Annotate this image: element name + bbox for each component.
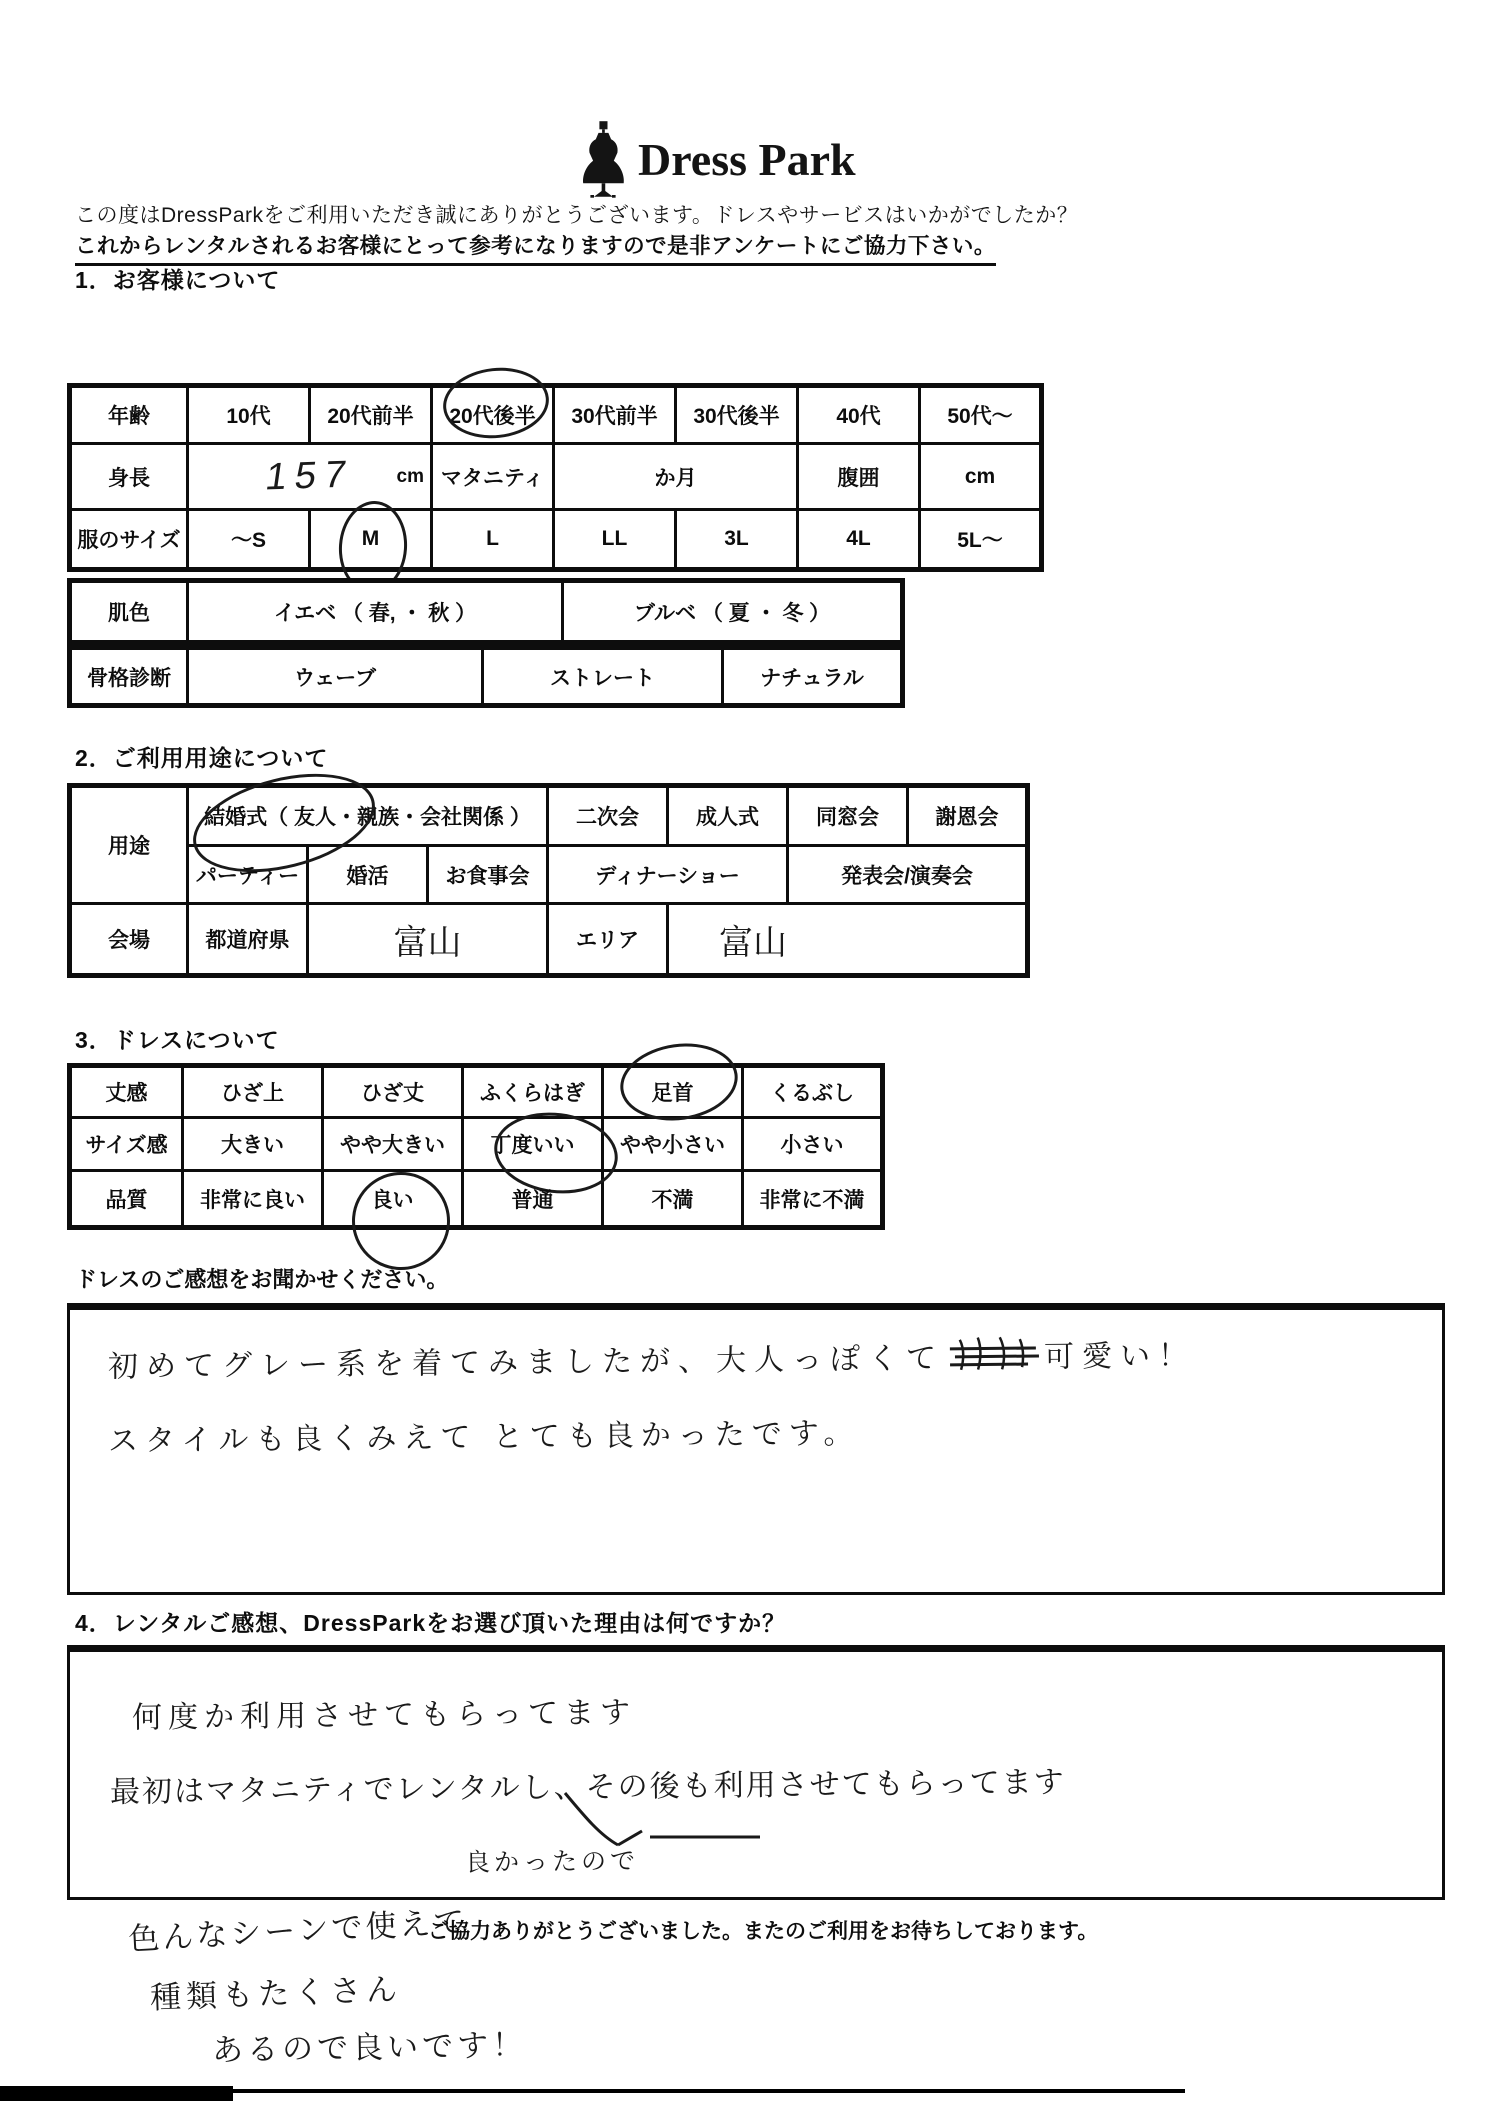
venue-row: 会場 都道府県 富山 エリア 富山	[70, 904, 1028, 976]
row-label-quality: 品質	[70, 1171, 183, 1228]
closing-thanks-text: ご協力ありがとうございました。またのご利用をお待ちしております。	[428, 1915, 1098, 1945]
option-label: 足首	[652, 1082, 694, 1105]
option-size-3l: 3L	[676, 510, 798, 570]
option-usage-wedding: 結婚式（ 友人・親族・会社関係 ）	[188, 786, 548, 846]
option-fit-small: 小さい	[743, 1118, 883, 1171]
option-age-late30s: 30代後半	[676, 386, 798, 444]
option-size-l: L	[432, 510, 554, 570]
row-label-skin: 肌色	[70, 581, 188, 643]
height-value-cell: 157 cm	[188, 444, 432, 510]
option-usage-dinner: お食事会	[428, 846, 548, 904]
handwritten-footer-line2: 種類もたくさん	[149, 1964, 402, 2018]
option-label: 結婚式（ 友人・親族・会社関係 ）	[204, 806, 531, 829]
option-length-calf: ふくらはぎ	[463, 1066, 603, 1118]
section1-title: 1．お客様について	[75, 262, 280, 295]
venue-area-value-cell: 富山	[668, 904, 1028, 976]
option-frame-straight: ストレート	[483, 648, 723, 706]
venue-pref-value-cell: 富山	[308, 904, 548, 976]
handwritten-circle-quality	[348, 1168, 454, 1274]
skin-row: 肌色 イエベ （ 春, ・ 秋 ） ブルベ （ 夏 ・ 冬 ）	[70, 581, 903, 643]
feedback-line1-after: 可愛い！	[1044, 1339, 1196, 1374]
fit-row: サイズ感 大きい やや大きい 丁度いい やや小さい 小さい	[70, 1118, 883, 1171]
logo-wordmark: Dress Park	[638, 133, 856, 186]
option-size-s: ～S	[188, 510, 310, 570]
option-quality-verygood: 非常に良い	[183, 1171, 323, 1228]
row-label-venue: 会場	[70, 904, 188, 976]
frame-row: 骨格診断 ウェーブ ストレート ナチュラル	[70, 648, 903, 706]
option-usage-comingofage: 成人式	[668, 786, 788, 846]
option-length-ankle: 足首	[603, 1066, 743, 1118]
section2-title: 2．ご利用用途について	[75, 740, 328, 773]
option-skin-yellowbase: イエベ （ 春, ・ 秋 ）	[188, 581, 563, 643]
option-usage-afterparty: 二次会	[548, 786, 668, 846]
quality-row: 品質 非常に良い 良い 普通 不満 非常に不満	[70, 1171, 883, 1228]
dress-table: 丈感 ひざ上 ひざ丈 ふくらはぎ 足首 くるぶし サイズ感 大きい やや大きい …	[67, 1063, 885, 1230]
option-fit-large: 大きい	[183, 1118, 323, 1171]
option-age-50s: 50代～	[920, 386, 1042, 444]
section3-title: 3．ドレスについて	[75, 1022, 280, 1055]
height-unit-label: cm	[397, 466, 424, 488]
height-row: 身長 157 cm マタニティ か月 腹囲 cm	[70, 444, 1042, 510]
intro-line1: この度はDressParkをご利用いただき誠にありがとうございます。ドレスやサー…	[75, 199, 1078, 229]
row-label-size: 服のサイズ	[70, 510, 188, 570]
row-label-length: 丈感	[70, 1066, 183, 1118]
strikethrough-scribble	[948, 1333, 1040, 1382]
handwritten-feedback-line2: スタイルも良くみえて とても良かったです。	[108, 1408, 861, 1460]
section4-title: 4．レンタルご感想、DressParkをお選び頂いた理由は何ですか？	[75, 1605, 786, 1638]
option-frame-natural: ナチュラル	[723, 648, 903, 706]
handwritten-footer-line3: あるので良いです！	[212, 2019, 528, 2069]
handwritten-insertion-text: 良かったので	[465, 1841, 639, 1879]
waist-label-cell: 腹囲	[798, 444, 920, 510]
scan-artifact-bar	[0, 2086, 233, 2101]
option-age-early30s: 30代前半	[554, 386, 676, 444]
option-length-knee: ひざ丈	[323, 1066, 463, 1118]
usage-table: 用途 結婚式（ 友人・親族・会社関係 ） 二次会 成人式 同窓会 謝恩会 パーテ…	[67, 783, 1030, 978]
option-age-40s: 40代	[798, 386, 920, 444]
option-usage-recital: 発表会/演奏会	[788, 846, 1028, 904]
waist-unit-cell: cm	[920, 444, 1042, 510]
venue-pref-label-cell: 都道府県	[188, 904, 308, 976]
handwritten-reason-line1: 何度か利用させてもらってます	[132, 1687, 636, 1736]
option-fit-slightlylarge: やや大きい	[323, 1118, 463, 1171]
handwritten-prefecture: 富山	[394, 924, 462, 962]
usage-row1: 用途 結婚式（ 友人・親族・会社関係 ） 二次会 成人式 同窓会 謝恩会	[70, 786, 1028, 846]
dress-feedback-box: 初めてグレー系を着てみましたが、大人っぽくて可愛い！ スタイルも良くみえて とて…	[67, 1303, 1445, 1595]
option-age-late20s: 20代後半	[432, 386, 554, 444]
frame-diagnosis-table: 骨格診断 ウェーブ ストレート ナチュラル	[67, 645, 905, 708]
rental-feedback-box: 何度か利用させてもらってます 最初はマタニティでレンタルし、その後も利用させても…	[67, 1645, 1445, 1900]
scanned-questionnaire-page: Dress Park この度はDressParkをご利用いただき誠にありがとうご…	[0, 0, 1500, 2127]
row-label-age: 年齢	[70, 386, 188, 444]
age-row: 年齢 10代 20代前半 20代後半 30代前半 30代後半 40代 50代～	[70, 386, 1042, 444]
dress-feedback-prompt: ドレスのご感想をお聞かせください。	[75, 1263, 448, 1294]
option-fit-just: 丁度いい	[463, 1118, 603, 1171]
option-age-10s: 10代	[188, 386, 310, 444]
option-quality-normal: 普通	[463, 1171, 603, 1228]
customer-table: 年齢 10代 20代前半 20代後半 30代前半 30代後半 40代 50代～ …	[67, 383, 1044, 572]
skin-tone-table: 肌色 イエベ （ 春, ・ 秋 ） ブルベ （ 夏 ・ 冬 ）	[67, 578, 905, 645]
intro-line2-underlined: これからレンタルされるお客様にとって参考になりますので是非アンケートにご協力下さ…	[75, 229, 996, 266]
handwritten-height-value: 157	[263, 453, 357, 499]
feedback-line1-before: 初めてグレー系を着てみましたが、大人っぽくて	[108, 1342, 944, 1384]
option-size-ll: LL	[554, 510, 676, 570]
option-usage-dinnershow: ディナーショー	[548, 846, 788, 904]
option-size-5l: 5L～	[920, 510, 1042, 570]
option-usage-reunion: 同窓会	[788, 786, 908, 846]
handwritten-area: 富山	[719, 924, 787, 962]
option-skin-bluebase: ブルベ （ 夏 ・ 冬 ）	[563, 581, 903, 643]
venue-area-label-cell: エリア	[548, 904, 668, 976]
dress-form-icon	[576, 120, 630, 198]
option-usage-konkatsu: 婚活	[308, 846, 428, 904]
option-usage-thanksparty: 謝恩会	[908, 786, 1028, 846]
handwritten-feedback-line1: 初めてグレー系を着てみましたが、大人っぽくて可愛い！	[108, 1330, 1196, 1392]
option-age-early20s: 20代前半	[310, 386, 432, 444]
handwritten-footer-line1: 色んなシーンで使えて	[127, 1896, 468, 1959]
option-label: 良い	[372, 1189, 414, 1212]
scan-artifact-line	[233, 2089, 1185, 2093]
clothing-size-row: 服のサイズ ～S M L LL 3L 4L 5L～	[70, 510, 1042, 570]
row-label-height: 身長	[70, 444, 188, 510]
handwritten-circle-age	[440, 363, 553, 444]
length-row: 丈感 ひざ上 ひざ丈 ふくらはぎ 足首 くるぶし	[70, 1066, 883, 1118]
option-size-4l: 4L	[798, 510, 920, 570]
option-label: 20代後半	[449, 405, 535, 428]
option-quality-good: 良い	[323, 1171, 463, 1228]
option-quality-unsatisfied: 不満	[603, 1171, 743, 1228]
row-label-usage: 用途	[70, 786, 188, 904]
row-label-frame: 骨格診断	[70, 648, 188, 706]
option-label: 丁度いい	[491, 1134, 575, 1157]
option-usage-party: パーティー	[188, 846, 308, 904]
maternity-months-cell: か月	[554, 444, 798, 510]
maternity-label-cell: マタニティ	[432, 444, 554, 510]
option-length-anklebone: くるぶし	[743, 1066, 883, 1118]
option-quality-veryunsatisfied: 非常に不満	[743, 1171, 883, 1228]
logo: Dress Park	[576, 120, 856, 198]
usage-row2: パーティー 婚活 お食事会 ディナーショー 発表会/演奏会	[70, 846, 1028, 904]
option-length-aboveknee: ひざ上	[183, 1066, 323, 1118]
option-fit-slightlysmall: やや小さい	[603, 1118, 743, 1171]
option-frame-wave: ウェーブ	[188, 648, 483, 706]
option-label: M	[362, 527, 380, 550]
option-size-m: M	[310, 510, 432, 570]
row-label-fit: サイズ感	[70, 1118, 183, 1171]
